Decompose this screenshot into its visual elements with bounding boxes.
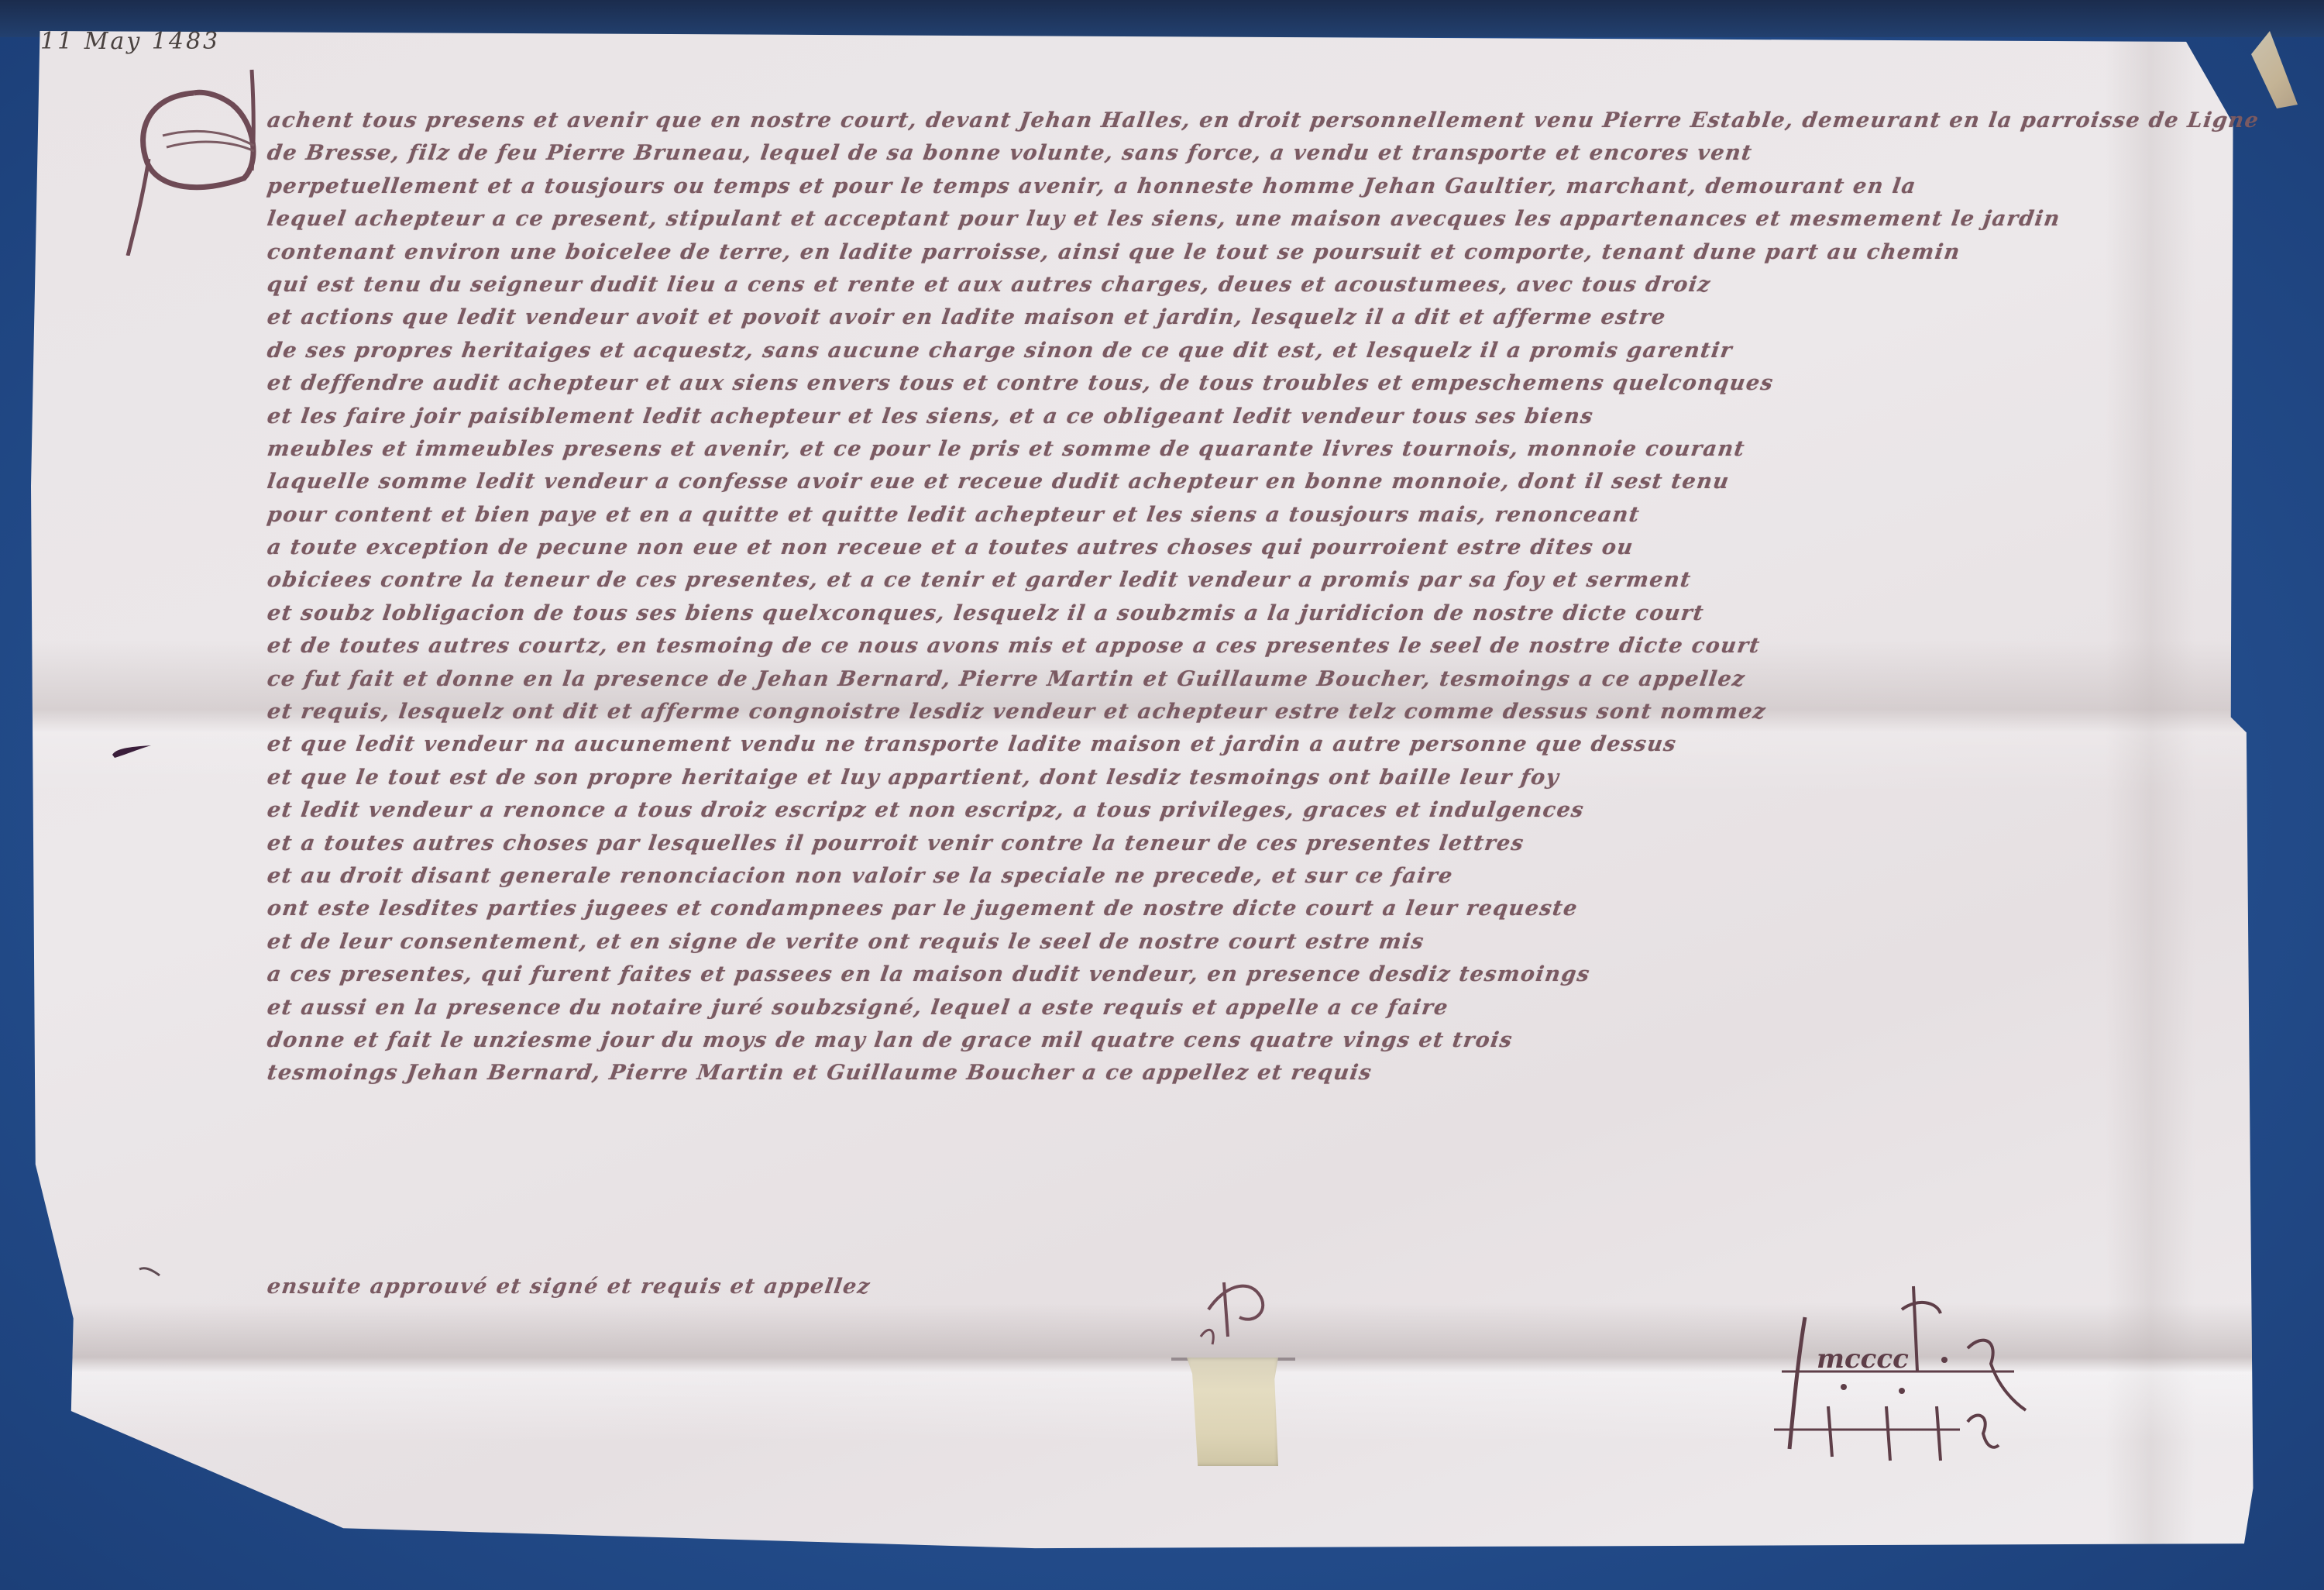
text-line: achent tous presens et avenir que en nos…	[265, 105, 2276, 137]
text-line: et les faire joir paisiblement ledit ach…	[265, 401, 2276, 433]
text-line: donne et fait le unziesme jour du moys d…	[265, 1024, 2276, 1057]
ink-mark	[138, 1263, 161, 1279]
text-line: lequel achepteur a ce present, stipulant…	[265, 203, 2276, 236]
text-line: et de leur consentement, et en signe de …	[265, 926, 2276, 958]
ink-blot	[108, 744, 155, 759]
text-line: et soubz lobligacion de tous ses biens q…	[265, 597, 2276, 630]
text-line: perpetuellement et a tousjours ou temps …	[265, 170, 2276, 203]
text-line: contenant environ une boicelee de terre,…	[265, 236, 2276, 269]
deed-text-body: achent tous presens et avenir que en nos…	[267, 105, 2274, 1090]
svg-text:mcccc: mcccc	[1817, 1344, 1909, 1375]
text-line: qui est tenu du seigneur dudit lieu a ce…	[265, 269, 2276, 301]
text-line: pour content et bien paye et en a quitte…	[265, 499, 2276, 532]
text-line: et deffendre audit achepteur et aux sien…	[265, 367, 2276, 400]
text-line: obiciees contre la teneur de ces present…	[265, 564, 2276, 597]
text-line: de Bresse, filz de feu Pierre Bruneau, l…	[265, 137, 2276, 170]
text-line: et de toutes autres courtz, en tesmoing …	[265, 630, 2276, 662]
closing-line: ensuite approuvé et signé et requis et a…	[266, 1275, 872, 1299]
text-line: et que le tout est de son propre heritai…	[265, 762, 2276, 794]
text-line: a toute exception de pecune non eue et n…	[265, 532, 2276, 564]
text-line: ce fut fait et donne en la presence de J…	[265, 663, 2276, 696]
folded-corner	[2251, 31, 2298, 108]
text-line: et au droit disant generale renonciacion…	[265, 860, 2276, 893]
text-line: et actions que ledit vendeur avoit et po…	[265, 301, 2276, 334]
scribe-flourish-mark	[1193, 1263, 1294, 1348]
text-line: ont este lesdites parties jugees et cond…	[265, 893, 2276, 925]
frame-top-edge	[0, 0, 2324, 37]
text-line: et a toutes autres choses par lesquelles…	[265, 828, 2276, 860]
text-line: laquelle somme ledit vendeur a confesse …	[265, 466, 2276, 498]
text-line: et que ledit vendeur na aucunement vendu…	[265, 728, 2276, 761]
text-line: et requis, lesquelz ont dit et afferme c…	[265, 696, 2276, 728]
date-annotation: 11 May 1483	[40, 28, 220, 55]
text-line: de ses propres heritaiges et acquestz, s…	[265, 335, 2276, 367]
text-line: et ledit vendeur a renonce a tous droiz …	[265, 794, 2276, 827]
text-line: a ces presentes, qui furent faites et pa…	[265, 958, 2276, 991]
text-line: et aussi en la presence du notaire juré …	[265, 992, 2276, 1024]
notary-signature-mark: mcccc	[1758, 1255, 2053, 1464]
parchment-seal-tag	[1187, 1358, 1278, 1466]
text-line: tesmoings Jehan Bernard, Pierre Martin e…	[265, 1057, 2276, 1089]
text-line: meubles et immeubles presens et avenir, …	[265, 433, 2276, 466]
